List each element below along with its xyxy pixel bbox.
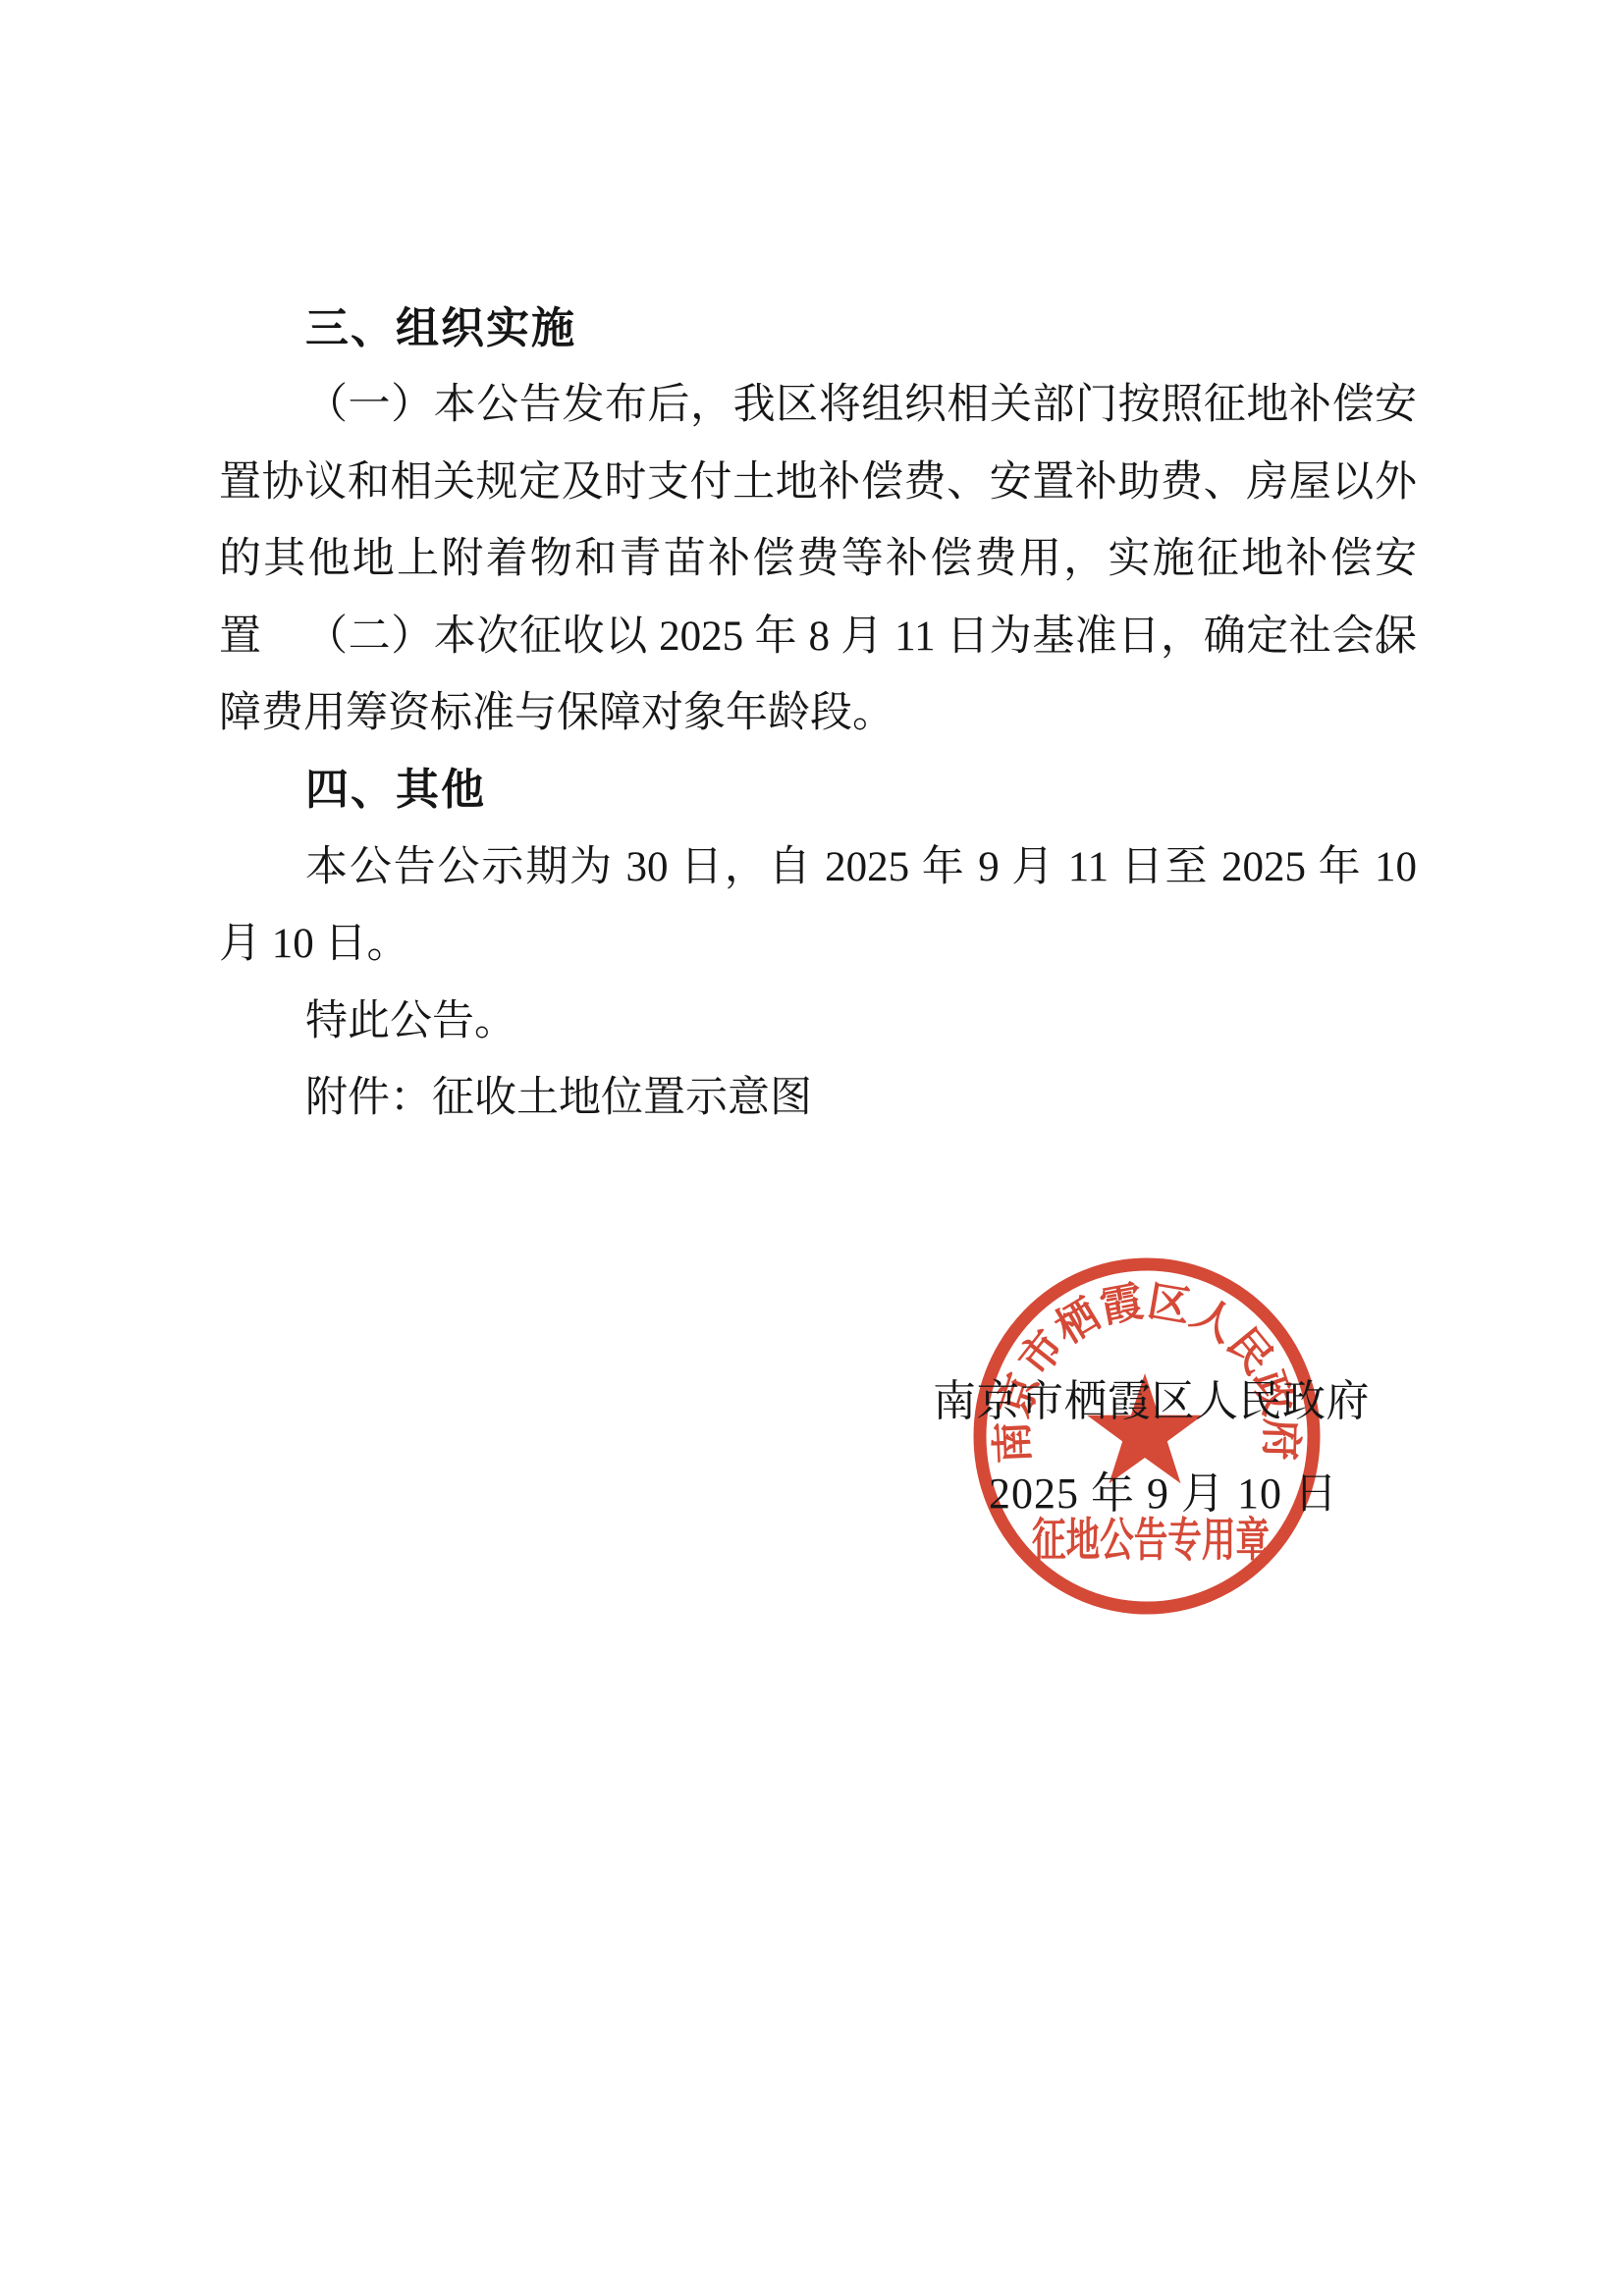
announcement-page: 三、组织实施（一）本公告发布后，我区将组织相关部门按照征地补偿安置协议和相关规定… <box>0 0 1624 2296</box>
seal-graphic: 南京市栖霞区人民政府 征地公告专用章 <box>950 1240 1343 1632</box>
document-line: 的其他地上附着物和青苗补偿费等补偿费用，实施征地补偿安置。 <box>219 521 1417 598</box>
section-heading: 三、组织实施 <box>219 291 1417 367</box>
document-line: （二）本次征收以 2025 年 8 月 11 日为基准日，确定社会保 <box>219 599 1417 675</box>
section-heading: 四、其他 <box>219 752 1417 828</box>
official-seal: 南京市栖霞区人民政府 征地公告专用章 <box>950 1240 1343 1632</box>
issue-date: 2025 年 9 月 10 日 <box>989 1470 1338 1518</box>
document-line: （一）本公告发布后，我区将组织相关部门按照征地补偿安 <box>219 367 1417 444</box>
document-line: 本公告公示期为 30 日，自 2025 年 9 月 11 日至 2025 年 1… <box>219 829 1417 906</box>
document-line: 特此公告。 <box>219 984 1417 1060</box>
document-line: 月 10 日。 <box>219 906 1417 983</box>
document-line: 置协议和相关规定及时支付土地补偿费、安置补助费、房屋以外 <box>219 445 1417 521</box>
seal-bottom-text: 征地公告专用章 <box>1032 1514 1270 1566</box>
document-body: 三、组织实施（一）本公告发布后，我区将组织相关部门按照征地补偿安置协议和相关规定… <box>219 291 1417 1137</box>
issuer-signature: 南京市栖霞区人民政府 <box>933 1378 1370 1425</box>
document-line: 障费用筹资标准与保障对象年龄段。 <box>219 675 1417 752</box>
document-line: 附件：征收土地位置示意图 <box>219 1060 1417 1137</box>
